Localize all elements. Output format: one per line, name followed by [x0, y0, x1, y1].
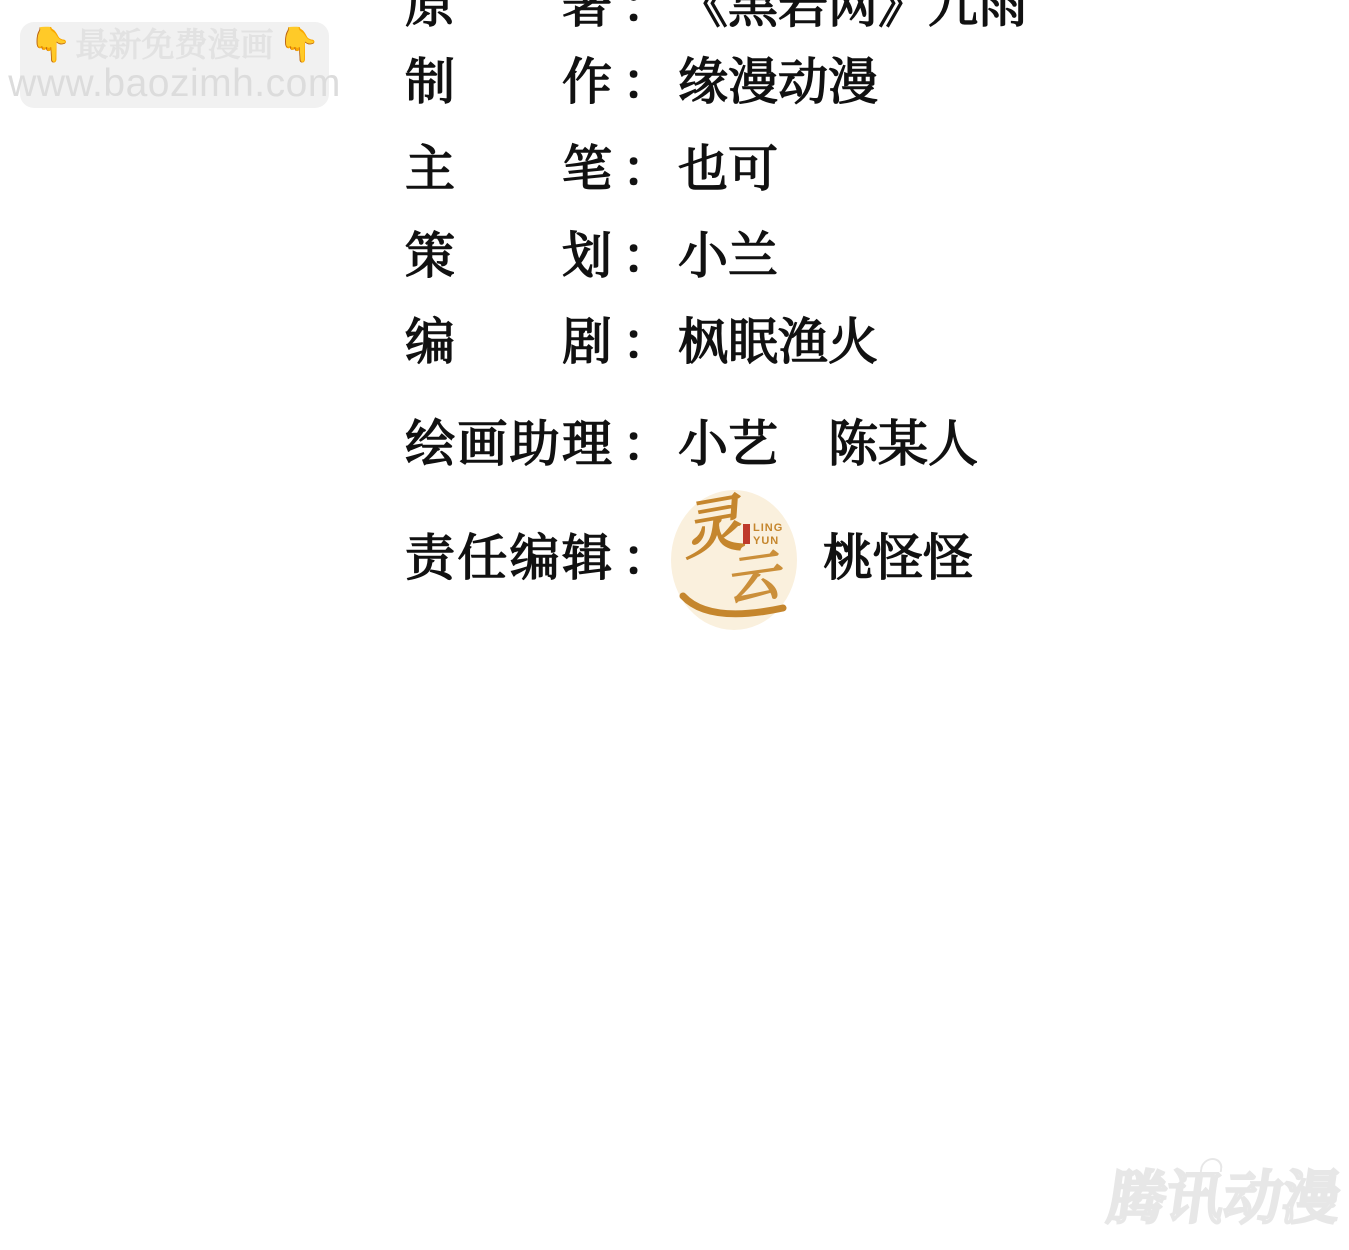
credit-value: 枫眠渔火	[678, 317, 878, 367]
credit-row-art-assistants: 绘画助理：小艺 陈某人	[405, 419, 978, 469]
lingyun-editor-logo: 灵 云 LING YUN	[671, 490, 797, 630]
baozimh-watermark-badge: 👇 最新免费漫画 👇 www.baozimh.com	[20, 22, 329, 108]
credit-value: 缘漫动漫	[678, 57, 878, 107]
credit-label: 策划	[405, 231, 612, 281]
credit-colon: ：	[622, 231, 678, 281]
credit-colon: ：	[622, 419, 678, 469]
lingyun-latin-text: LING YUN	[753, 522, 783, 547]
penguin-face-icon	[1200, 1158, 1224, 1172]
badge-title-line: 👇 最新免费漫画 👇	[29, 28, 320, 62]
credit-value: 小兰	[678, 231, 778, 281]
credit-row-script: 编剧：枫眠渔火	[405, 317, 878, 367]
badge-title-text: 最新免费漫画	[76, 28, 274, 61]
credit-label: 责任编辑	[405, 533, 612, 583]
credit-label: 制作	[405, 57, 612, 107]
credit-label: 绘画助理	[405, 419, 612, 469]
credit-row-original-author: 原著：《黑岩网》九雨	[405, 0, 1028, 30]
comic-credits-page: 👇 最新免费漫画 👇 www.baozimh.com 原著：《黑岩网》九雨 制作…	[0, 0, 1349, 1250]
credit-colon: ：	[622, 317, 678, 367]
credit-row-production: 制作：缘漫动漫	[405, 57, 878, 107]
lingyun-calligraphy-char-yun: 云	[722, 549, 783, 610]
credit-value: 《黑岩网》九雨	[678, 0, 1028, 30]
credit-value: 桃怪怪	[823, 533, 973, 583]
badge-site-url: www.baozimh.com	[8, 64, 341, 103]
point-down-emoji-left: 👇	[29, 28, 71, 62]
credit-label: 编剧	[405, 317, 612, 367]
credit-label: 主笔	[405, 144, 612, 194]
credit-row-lead-artist: 主笔：也可	[405, 144, 778, 194]
credit-value: 也可	[678, 144, 778, 194]
point-down-emoji-right: 👇	[278, 28, 320, 62]
credit-colon: ：	[622, 57, 678, 107]
credit-row-planning: 策划：小兰	[405, 231, 778, 281]
tencent-comics-watermark: 腾讯动漫	[1104, 1170, 1344, 1228]
credit-colon: ：	[622, 0, 678, 30]
credit-colon: ：	[622, 144, 678, 194]
red-seal-icon	[743, 524, 750, 544]
lingyun-latin-block: LING YUN	[743, 522, 783, 547]
credit-colon: ：	[622, 533, 678, 583]
credit-label: 原著	[405, 0, 612, 30]
credit-value: 小艺 陈某人	[678, 419, 978, 469]
